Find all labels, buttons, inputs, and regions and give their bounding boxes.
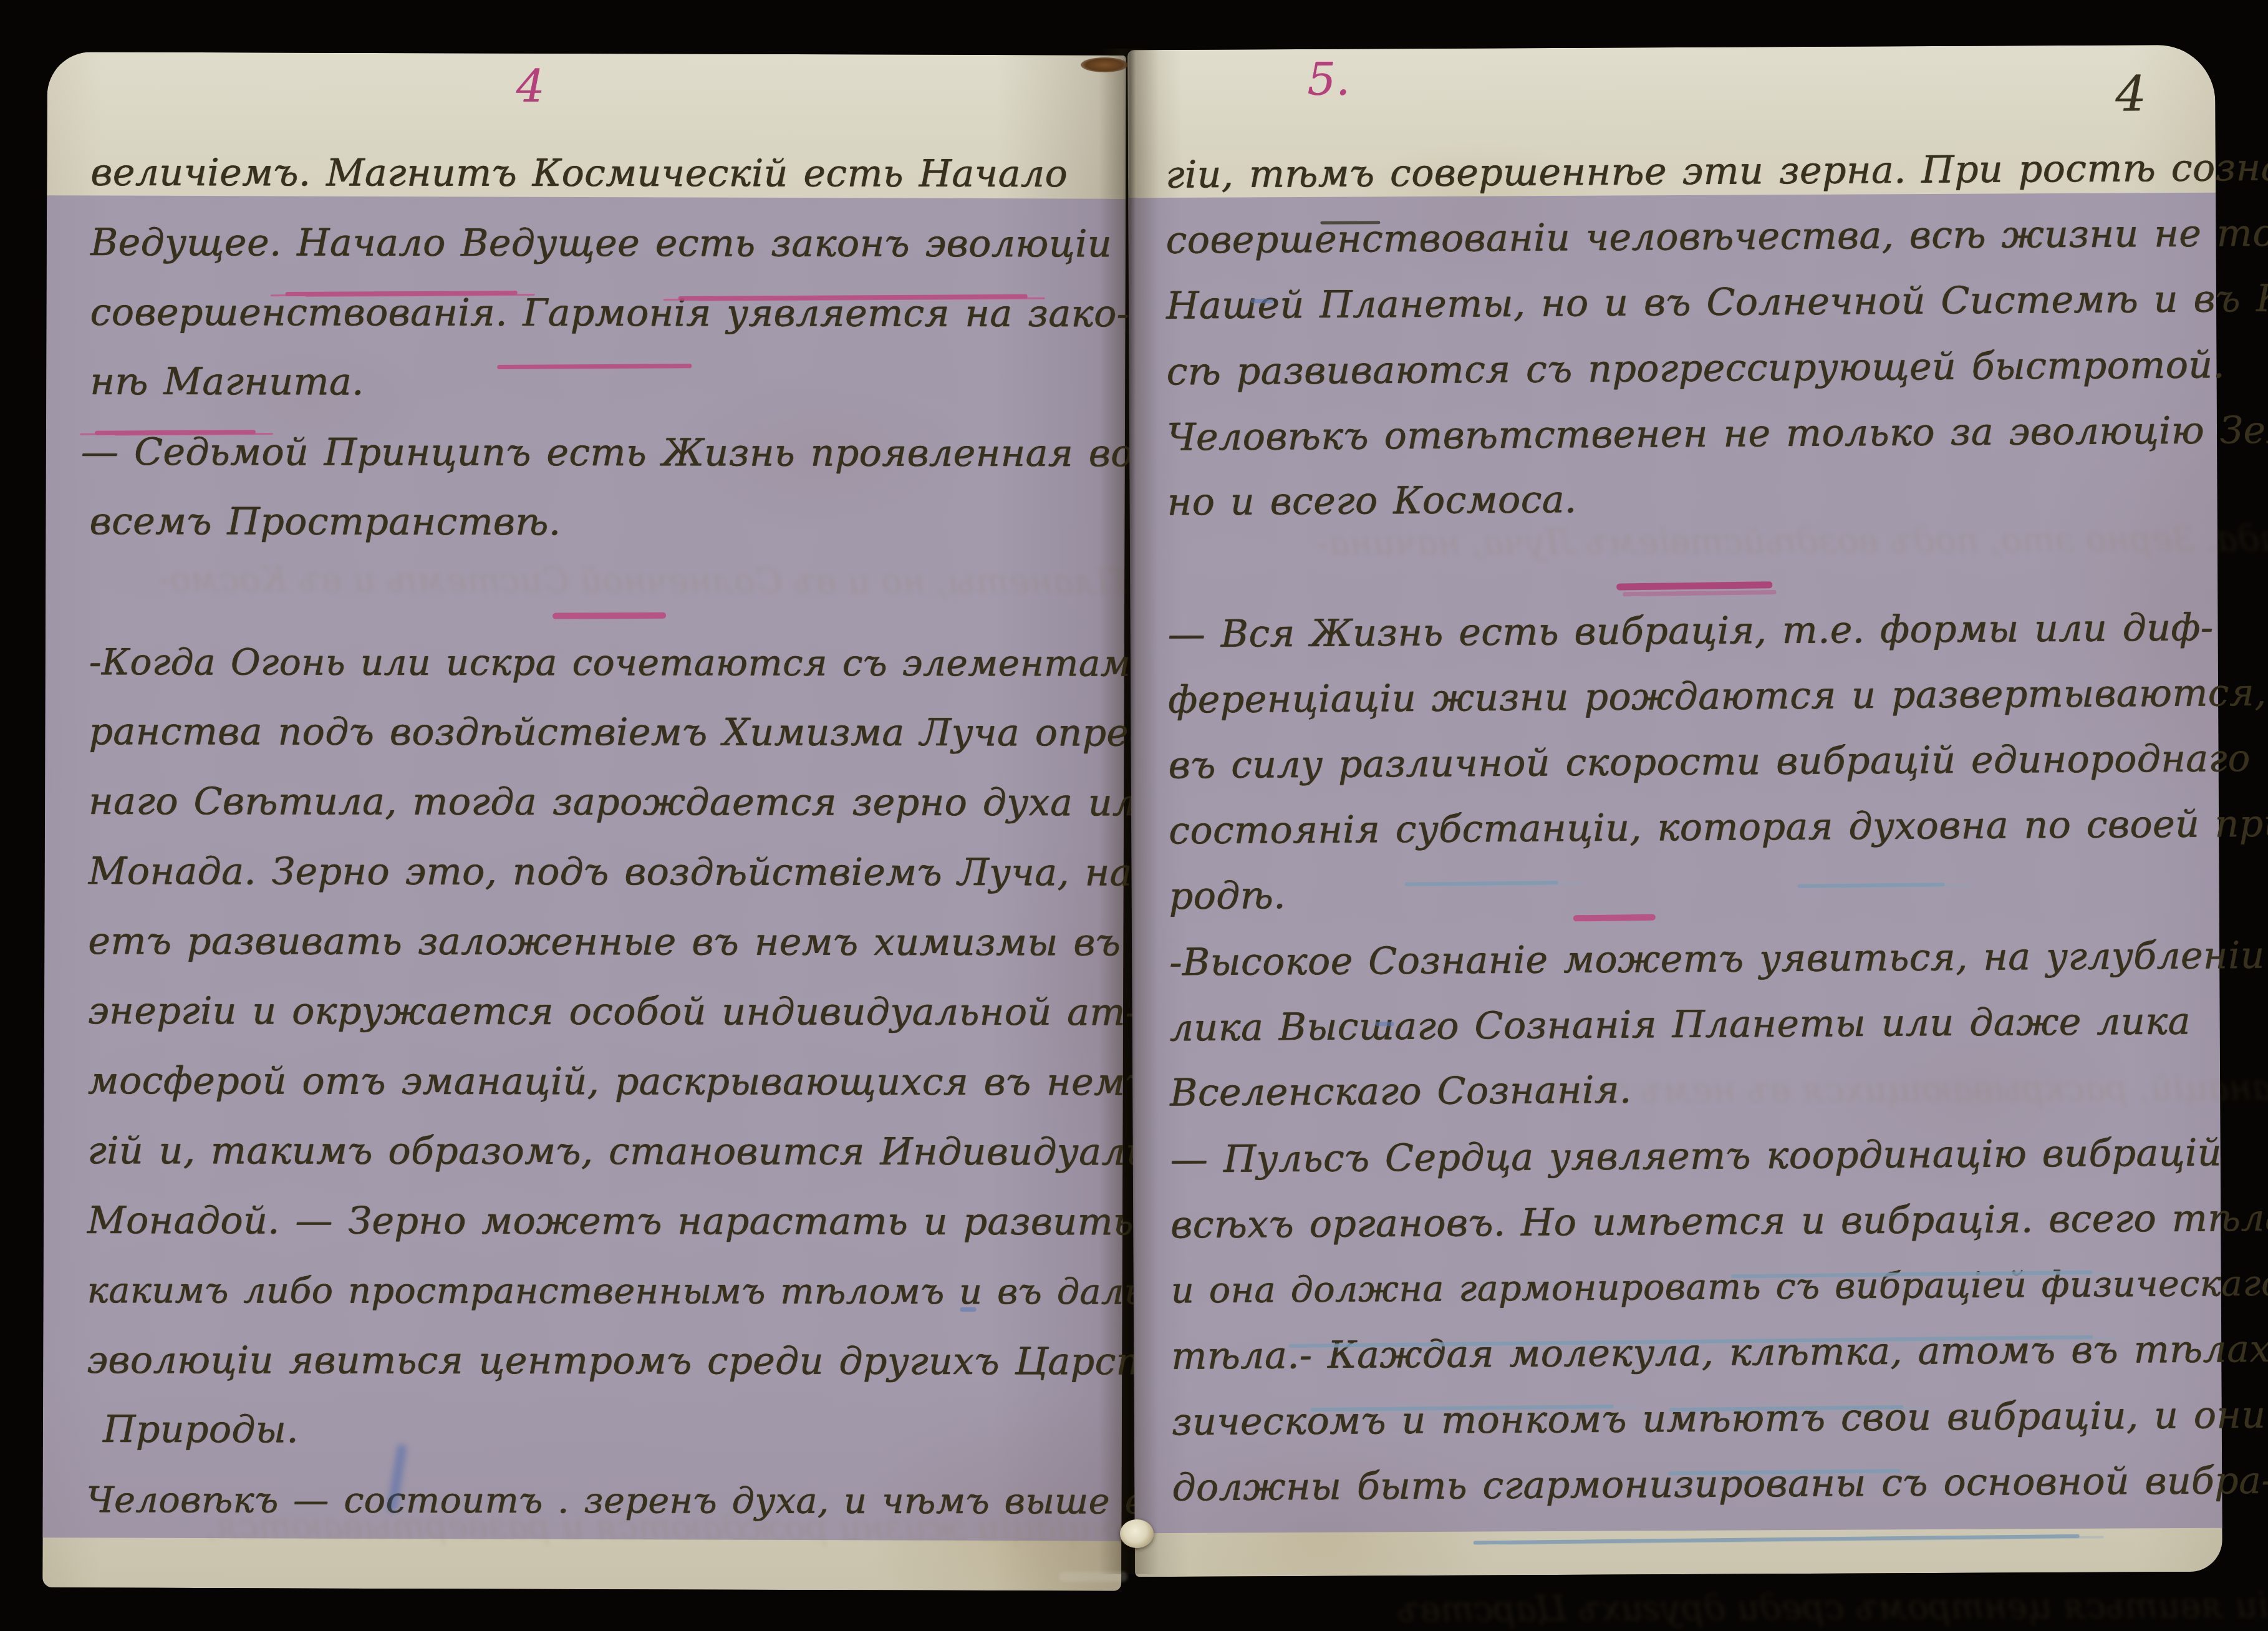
blue-tick bbox=[960, 1307, 977, 1312]
pink-underline bbox=[497, 364, 692, 369]
manuscript-line: Ведущее. Начало Ведущее есть законъ эвол… bbox=[90, 214, 1200, 273]
bleed-through: мосферой отъ эманацій, раскрывающихся въ… bbox=[1532, 1066, 2268, 1111]
manuscript-line: родѣ. bbox=[1169, 867, 1286, 925]
scan-artifact bbox=[1059, 1572, 1127, 1582]
manuscript-line: и она должна гармонировать съ вибраціей … bbox=[1170, 1255, 2268, 1320]
manuscript-line: величіемъ. Магнитъ Космическій есть Нача… bbox=[90, 144, 1068, 203]
manuscript-line: — Вся Жизнь есть вибрація, т.е. формы ил… bbox=[1167, 599, 2213, 663]
manuscript-line: всемъ Пространствѣ. bbox=[89, 493, 561, 551]
manuscript-line: ференціаціи жизни рождаются и развертыва… bbox=[1168, 664, 2267, 729]
pink-underline bbox=[95, 430, 256, 435]
manuscript-line: энергіи и окружается особой индивидуальн… bbox=[88, 982, 1139, 1041]
manuscript-line: наго Свѣтила, тогда зарождается зерно ду… bbox=[89, 773, 1161, 831]
manuscript-line: етъ развивать заложенные въ немъ химизмы… bbox=[88, 912, 1281, 972]
blue-tick bbox=[1251, 299, 1273, 303]
manuscript-line: зическомъ и тонкомъ имѣютъ свои вибраціи… bbox=[1171, 1387, 2266, 1451]
corner-page-number: 4 bbox=[2115, 66, 2146, 122]
pink-double-mark bbox=[1616, 581, 1772, 590]
manuscript-line: какимъ либо пространственнымъ тѣломъ и в… bbox=[87, 1262, 1301, 1321]
manuscript-line: гіи, тѣмъ совершеннѣе эти зерна. При рос… bbox=[1165, 138, 2268, 204]
manuscript-line: -Высокое Сознаніе можетъ уявиться, на уг… bbox=[1169, 927, 2265, 992]
blue-underline bbox=[1405, 881, 1558, 886]
scan-background: 4 величіемъ. Магнитъ Космическій есть На… bbox=[0, 0, 2268, 1614]
section-divider-mark bbox=[553, 612, 666, 619]
manuscript-line: нѣ Магнита. bbox=[90, 353, 364, 411]
blue-underline bbox=[1798, 883, 1945, 888]
paper-hole bbox=[1120, 1519, 1154, 1548]
manuscript-line: Человѣкъ отвѣтственен не только за эволю… bbox=[1167, 401, 2268, 467]
bleed-through: Нашей Планеты, но и въ Солнечной Системѣ… bbox=[158, 559, 1265, 603]
manuscript-line: всѣхъ органовъ. Но имѣется и вибрація. в… bbox=[1170, 1189, 2268, 1254]
manuscript-line: Монада. Зерно это, подъ воздѣйствіемъ Лу… bbox=[89, 843, 1241, 902]
pink-dash bbox=[1573, 914, 1656, 922]
manuscript-line: совершенствованія. Гармонія уявляется на… bbox=[90, 284, 1129, 342]
manuscript-line: состоянія субстанціи, которая духовна по… bbox=[1169, 795, 2268, 860]
manuscript-line: мосферой отъ эманацій, раскрывающихся въ… bbox=[88, 1052, 1272, 1111]
right-page: 5. 4 гіи, тѣмъ совершеннѣе эти зерна. Пр… bbox=[1127, 45, 2222, 1577]
ink-underline bbox=[1320, 221, 1380, 224]
manuscript-line: Природы. bbox=[103, 1401, 299, 1458]
page-number-right: 5. bbox=[1307, 53, 1350, 105]
manuscript-line: въ силу различной скорости вибрацій един… bbox=[1168, 730, 2251, 795]
manuscript-line: эволюціи явиться центромъ среди другихъ … bbox=[87, 1332, 1199, 1390]
left-page: 4 величіемъ. Магнитъ Космическій есть На… bbox=[42, 52, 1126, 1590]
manuscript-line: совершенствованіи человѣчества, всѣ жизн… bbox=[1165, 204, 2268, 269]
manuscript-line: тѣла.- Каждая молекула, клѣтка, атомъ въ… bbox=[1171, 1320, 2268, 1385]
manuscript-line: — Пульсъ Сердца уявляетъ координацію виб… bbox=[1170, 1124, 2222, 1188]
bleed-through: Монада. Зерно это, подъ воздѣйствіемъ Лу… bbox=[1317, 518, 2268, 564]
manuscript-line: сѣ развиваются съ прогрессирующей быстро… bbox=[1166, 336, 2225, 400]
manuscript-line: Нашей Планеты, но и въ Солнечной Системѣ… bbox=[1166, 269, 2268, 335]
blue-tick bbox=[1376, 1022, 1394, 1026]
page-number-left: 4 bbox=[516, 60, 545, 112]
bleed-through: ференціаціи жизни рождаются и развертыва… bbox=[205, 1506, 1205, 1549]
manuscript-line: ранства подъ воздѣйствіемъ Химизма Луча … bbox=[89, 703, 1271, 762]
manuscript-line: должны быть сгармонизированы съ основной… bbox=[1172, 1452, 2268, 1517]
manuscript-line: гій и, такимъ образомъ, становится Индив… bbox=[87, 1122, 1218, 1181]
bleed-through: эволюціи явиться центромъ среди другихъ … bbox=[1397, 1584, 2268, 1614]
manuscript-line: лика Высшаго Сознанія Планеты или даже л… bbox=[1169, 993, 2191, 1057]
binding-speck bbox=[1081, 57, 1128, 72]
blue-underline bbox=[1474, 1534, 2080, 1545]
manuscript-line: Монадой. — Зерно можетъ нарастать и разв… bbox=[87, 1192, 1180, 1251]
